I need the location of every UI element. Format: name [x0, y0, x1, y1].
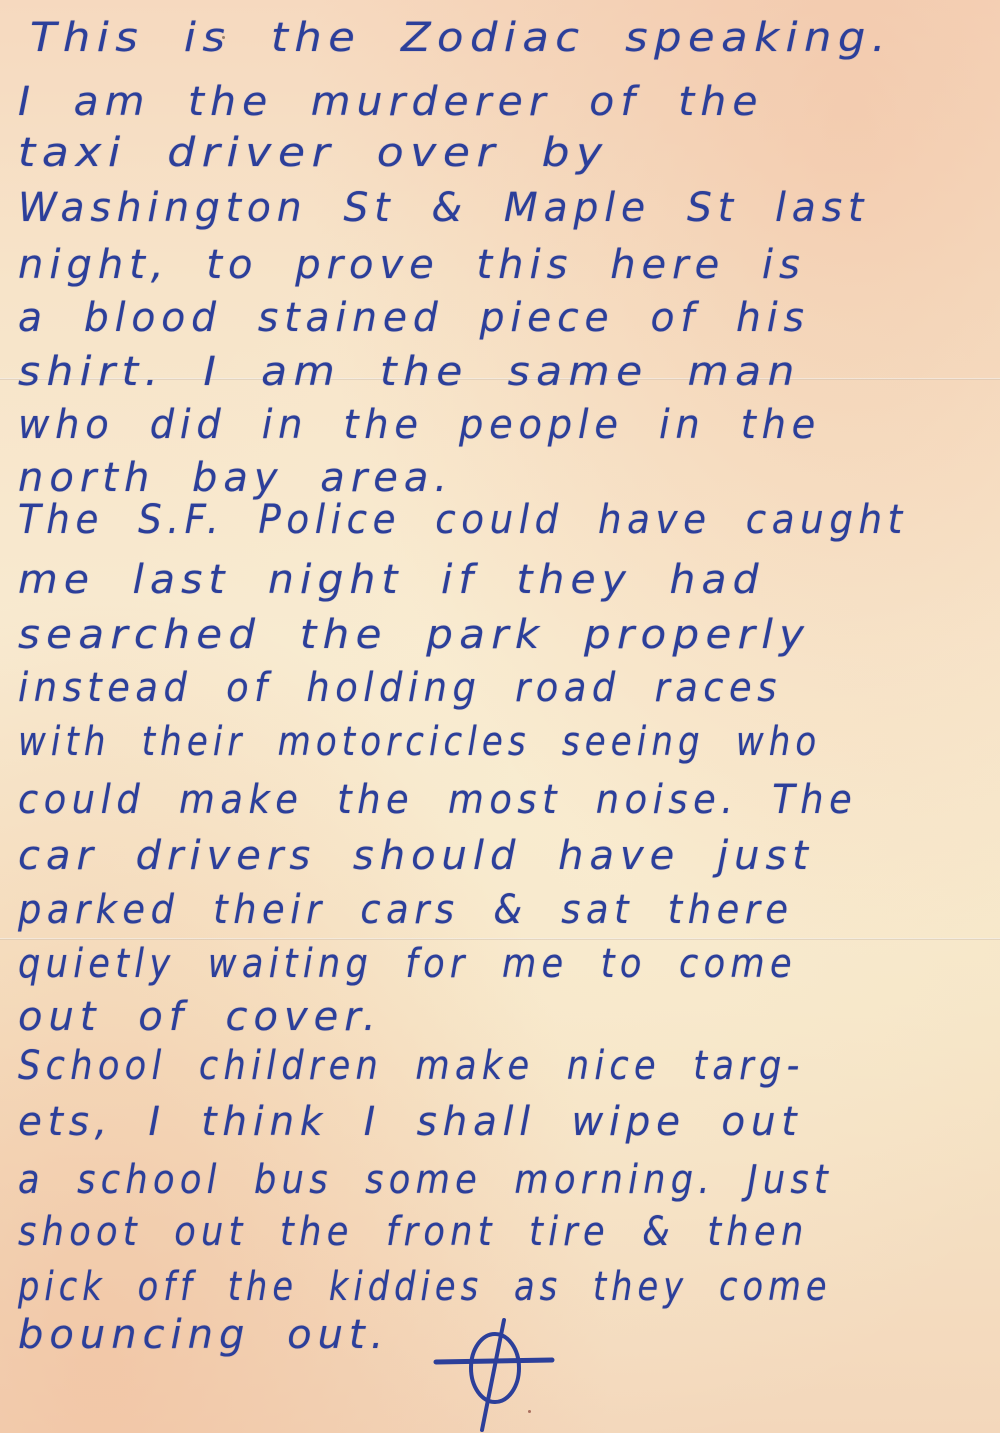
- letter-line-21: ets, I think I shall wipe out: [18, 1102, 802, 1142]
- letter-line-22: a school bus some morning. Just: [18, 1160, 833, 1200]
- paper-speck: [528, 1410, 531, 1413]
- letter-line-10: The S.F. Police could have caught: [18, 500, 908, 540]
- letter-line-5: night, to prove this here is: [18, 245, 806, 285]
- letter-line-17: parked their cars & sat there: [18, 890, 794, 930]
- letter-line-11: me last night if they had: [18, 560, 765, 600]
- letter-line-23: shoot out the front tire & then: [18, 1212, 809, 1252]
- letter-line-6: a blood stained piece of his: [18, 298, 810, 338]
- letter-line-1: This is the Zodiac speaking.: [30, 18, 892, 58]
- letter-sheet: This is the Zodiac speaking. I am the mu…: [0, 0, 1000, 1433]
- letter-line-14: with their motorcicles seeing who: [18, 722, 821, 762]
- letter-line-25: bouncing out.: [18, 1315, 389, 1355]
- letter-line-18: quietly waiting for me to come: [18, 944, 797, 984]
- letter-line-9: north bay area.: [18, 458, 453, 498]
- letter-line-2: I am the murderer of the: [18, 82, 764, 122]
- letter-line-24: pick off the kiddies as they come: [18, 1267, 832, 1307]
- paper-speck: [222, 36, 225, 39]
- letter-line-3: taxi driver over by: [18, 133, 609, 173]
- letter-line-19: out of cover.: [18, 997, 382, 1037]
- letter-line-4: Washington St & Maple St last: [18, 188, 869, 228]
- letter-line-7: shirt. I am the same man: [18, 352, 801, 392]
- letter-line-20: School children make nice targ-: [18, 1046, 805, 1086]
- letter-line-13: instead of holding road races: [18, 668, 782, 708]
- letter-line-16: car drivers should have just: [18, 836, 814, 876]
- letter-line-12: searched the park properly: [18, 615, 810, 655]
- fold-crease: [0, 938, 1000, 940]
- letter-line-15: could make the most noise. The: [18, 780, 857, 820]
- letter-line-8: who did in the people in the: [18, 405, 821, 445]
- crossed-circle-icon: [430, 1318, 560, 1433]
